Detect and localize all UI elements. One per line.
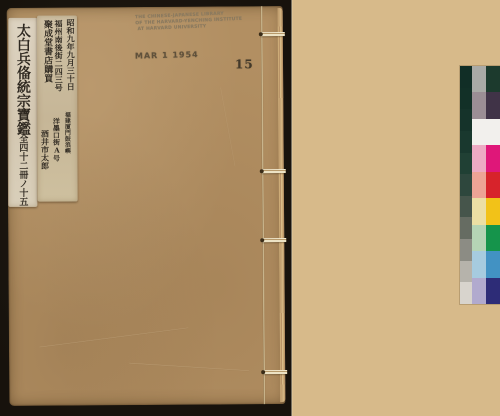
owner-street-text: 洋墨口街A号: [53, 118, 60, 162]
page-edges: [278, 8, 286, 402]
dark-patch: [486, 172, 500, 198]
wedge-step: [460, 174, 472, 196]
stitch-hole: [260, 169, 264, 173]
dark-patch: [486, 278, 500, 304]
patch-row: [472, 66, 500, 92]
book-cover: 太白兵俻統宗寶鑑 全四十二冊ノ十五 昭和九年九月三十日 福州南後街二四三号 聚成…: [7, 6, 286, 406]
dark-patch: [486, 145, 500, 171]
wedge-step: [460, 282, 472, 304]
light-patch: [472, 145, 486, 171]
light-patch: [472, 251, 486, 277]
stitch-hole: [260, 238, 264, 242]
cover-crease: [220, 87, 235, 166]
binding-stitch: [263, 370, 287, 374]
wedge-step: [460, 196, 472, 218]
dark-patch: [486, 251, 500, 277]
gray-wedge: [460, 66, 472, 304]
patch-row: [472, 225, 500, 251]
color-calibration-target: [460, 66, 500, 304]
volume-number-stamp: 15: [235, 57, 254, 71]
wedge-step: [460, 217, 472, 239]
wedge-step: [460, 153, 472, 175]
patch-row: [472, 145, 500, 171]
light-patch: [472, 198, 486, 224]
light-patch: [472, 66, 486, 92]
light-patch: [472, 225, 486, 251]
dark-patch: [486, 66, 500, 92]
binding-thread-vertical: [261, 6, 266, 404]
patch-rows: [472, 66, 500, 304]
wedge-step: [460, 239, 472, 261]
photo-black-backdrop: 太白兵俻統宗寶鑑 全四十二冊ノ十五 昭和九年九月三十日 福州南後街二四三号 聚成…: [0, 0, 292, 416]
patch-row: [472, 92, 500, 118]
wedge-step: [460, 66, 472, 88]
binding-stitch: [262, 169, 286, 173]
owner-region-text: 福建厦門鼓浪嶼: [63, 112, 69, 154]
wedge-step: [460, 88, 472, 110]
patch-row: [472, 119, 500, 145]
binding-stitch: [261, 32, 285, 36]
dark-patch: [486, 225, 500, 251]
white-patch: [472, 119, 500, 145]
title-label-volumes: 全四十二冊ノ十五: [16, 134, 29, 206]
patch-row: [472, 278, 500, 304]
dark-patch: [486, 92, 500, 118]
digitized-book-scan: 太白兵俻統宗寶鑑 全四十二冊ノ十五 昭和九年九月三十日 福州南後街二四三号 聚成…: [0, 0, 500, 416]
binding-stitch: [262, 238, 286, 242]
wedge-step: [460, 131, 472, 153]
light-patch: [472, 92, 486, 118]
purchase-note-label: 昭和九年九月三十日 福州南後街二四三号 聚成堂書店購買 福建厦門鼓浪嶼 洋墨口街…: [37, 16, 78, 202]
wedge-step: [460, 109, 472, 131]
cover-crease: [39, 328, 188, 348]
dark-patch: [486, 198, 500, 224]
title-label: 太白兵俻統宗寶鑑 全四十二冊ノ十五: [8, 18, 37, 207]
light-patch: [472, 172, 486, 198]
stitch-hole: [259, 32, 263, 36]
wedge-step: [460, 261, 472, 283]
patch-row: [472, 198, 500, 224]
purchase-address-text: 福州南後街二四三号: [55, 20, 63, 92]
purchase-seller-text: 聚成堂書店購買: [42, 20, 51, 83]
cover-crease: [129, 363, 249, 372]
patch-row: [472, 251, 500, 277]
light-patch: [472, 278, 486, 304]
accession-date-stamp: MAR 1 1954: [135, 50, 195, 60]
stitch-hole: [261, 370, 265, 374]
owner-name-text: 酒井市太郎: [41, 130, 49, 170]
library-stamp: THE CHINESE-JAPANESE LIBRARY OF THE HARV…: [106, 10, 237, 33]
patch-row: [472, 172, 500, 198]
mount-edge-highlight: [291, 0, 293, 416]
title-label-text: 太白兵俻統宗寶鑑: [16, 24, 30, 136]
purchase-date-text: 昭和九年九月三十日: [67, 19, 75, 91]
